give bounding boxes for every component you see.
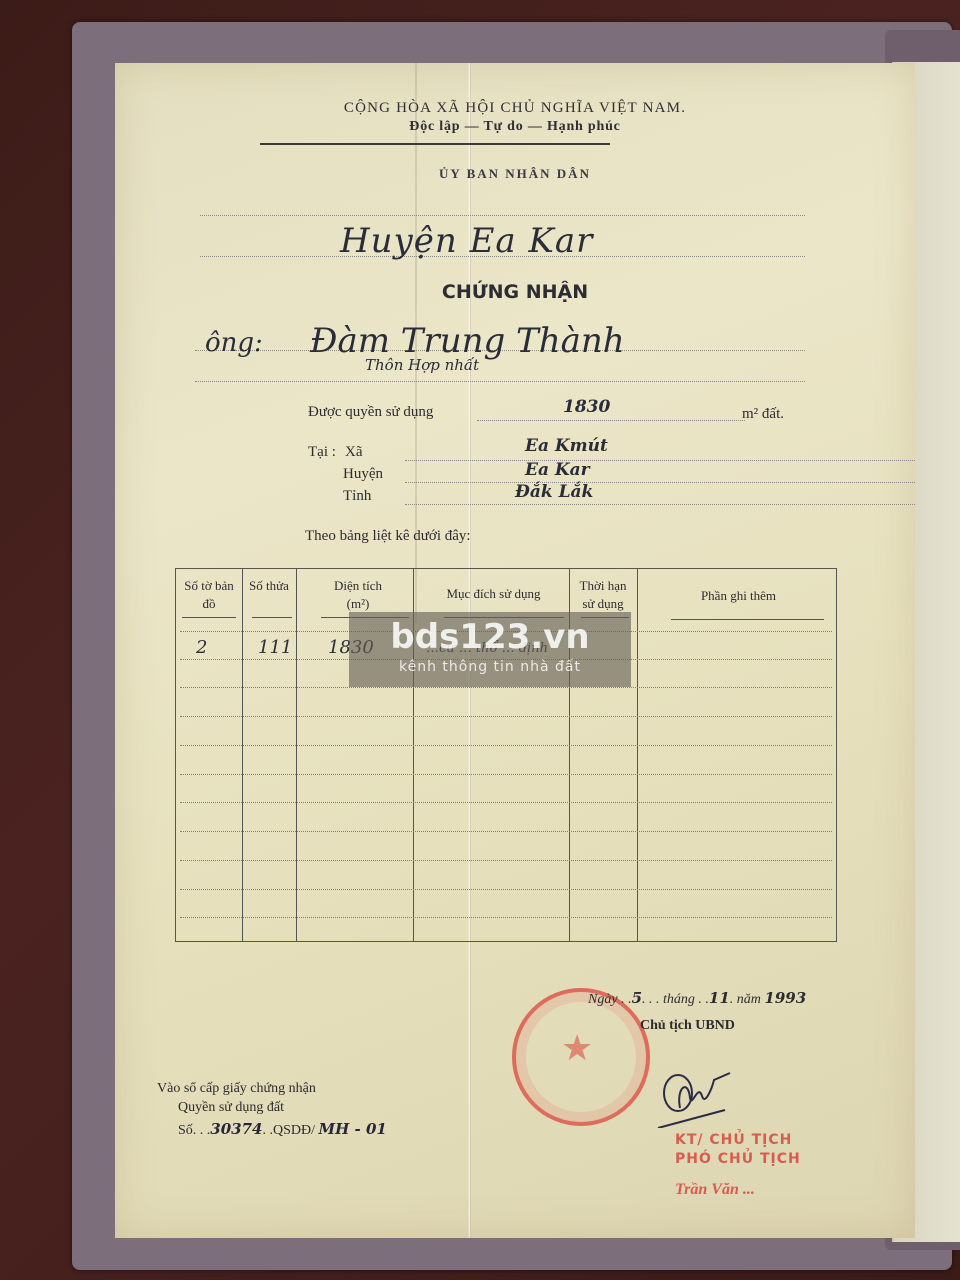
header-area: Diện tích (m²) xyxy=(328,577,388,613)
official-red-seal: ★ xyxy=(512,988,650,1126)
row-line xyxy=(180,917,832,918)
month-label: tháng xyxy=(663,992,695,1007)
dotted-line xyxy=(405,482,915,483)
row-line xyxy=(180,860,832,861)
district-handwritten: Huyện Ea Kar xyxy=(340,221,593,261)
registry-number: 30374 xyxy=(210,1120,262,1138)
land-right-label: Được quyền sử dụng xyxy=(308,404,433,421)
cell-parcel-no: 111 xyxy=(258,637,292,658)
dotted-line xyxy=(405,504,915,505)
star-emblem-icon: ★ xyxy=(561,1027,593,1069)
watermark-brand: bds123.vn xyxy=(349,615,631,659)
column-divider xyxy=(296,569,297,941)
header-underline xyxy=(671,619,824,620)
committee-label: ỦY BAN NHÂN DÂN xyxy=(115,166,915,182)
registry-suffix: QSDĐ/ xyxy=(273,1123,315,1138)
province-label: Tỉnh xyxy=(343,488,371,505)
header-parcel-no: Số thửa xyxy=(244,577,294,595)
country-header: CỘNG HÒA XÃ HỘI CHỦ NGHĨA VIỆT NAM. xyxy=(115,100,915,117)
area-unit: m² đất. xyxy=(742,406,784,423)
district-value: Ea Kar xyxy=(525,460,590,480)
owner-name: Đàm Trung Thành xyxy=(310,321,625,361)
header-underline xyxy=(182,617,236,618)
row-line xyxy=(180,687,832,688)
signature-icon xyxy=(650,1068,780,1128)
registry-code: MH - 01 xyxy=(319,1120,387,1138)
year-value: 1993 xyxy=(764,989,806,1007)
row-line xyxy=(180,889,832,890)
header-duration: Thời hạn sử dụng xyxy=(573,577,633,613)
row-line xyxy=(180,774,832,775)
signer-name-stamp: Trần Văn ... xyxy=(675,1181,755,1199)
registry-line-1: Vào sổ cấp giấy chứng nhận xyxy=(157,1081,316,1097)
header-divider xyxy=(260,143,610,145)
commune-label: Xã xyxy=(345,444,363,461)
signer-stamp: KT/ CHỦ TỊCH PHÓ CHỦ TỊCH xyxy=(675,1131,801,1169)
commune-value: Ea Kmút xyxy=(525,436,608,456)
day-value: 5 xyxy=(632,989,642,1007)
day-label: Ngày xyxy=(588,992,618,1007)
column-divider xyxy=(242,569,243,941)
cell-map-sheet: 2 xyxy=(196,637,207,658)
stamp-line-1: KT/ CHỦ TỊCH xyxy=(675,1131,801,1150)
header-notes: Phần ghi thêm xyxy=(651,587,826,605)
registry-number-label: Số xyxy=(178,1123,193,1138)
district-label: Huyện xyxy=(343,466,383,483)
document-title: CHỨNG NHẬN xyxy=(115,281,915,303)
signer-title: Chủ tịch UBND xyxy=(640,1018,735,1034)
row-line xyxy=(180,716,832,717)
header-map-sheet: Số tờ bản đồ xyxy=(178,577,240,613)
table-intro: Theo bảng liệt kê dưới đây: xyxy=(305,528,471,545)
header-purpose: Mục đích sử dụng xyxy=(421,585,566,603)
registry-line-2: Quyền sử dụng đất xyxy=(178,1100,284,1116)
dotted-line xyxy=(405,460,915,461)
year-label: năm xyxy=(737,992,761,1007)
issue-date: Ngày . .5. . . tháng . .11. năm 1993 xyxy=(588,989,806,1008)
row-line xyxy=(180,831,832,832)
watermark-tagline: kênh thông tin nhà đất xyxy=(349,659,631,675)
dotted-line xyxy=(477,420,745,421)
row-line xyxy=(180,745,832,746)
row-line xyxy=(180,802,832,803)
dotted-line xyxy=(195,381,805,382)
registry-number-line: Số. . .30374. .QSDĐ/ MH - 01 xyxy=(178,1120,387,1139)
watermark-overlay: bds123.vn kênh thông tin nhà đất xyxy=(349,612,631,687)
owner-village: Thôn Hợp nhất xyxy=(365,356,479,374)
motto: Độc lập — Tự do — Hạnh phúc xyxy=(115,119,915,135)
dotted-line xyxy=(200,215,805,216)
header-underline xyxy=(252,617,292,618)
province-value: Đắk Lắk xyxy=(515,482,593,502)
owner-prefix: ông: xyxy=(205,328,263,358)
location-at-label: Tại : xyxy=(308,444,336,461)
stamp-line-2: PHÓ CHỦ TỊCH xyxy=(675,1150,801,1169)
column-divider xyxy=(637,569,638,941)
month-value: 11 xyxy=(709,989,730,1007)
land-area-value: 1830 xyxy=(563,397,610,417)
